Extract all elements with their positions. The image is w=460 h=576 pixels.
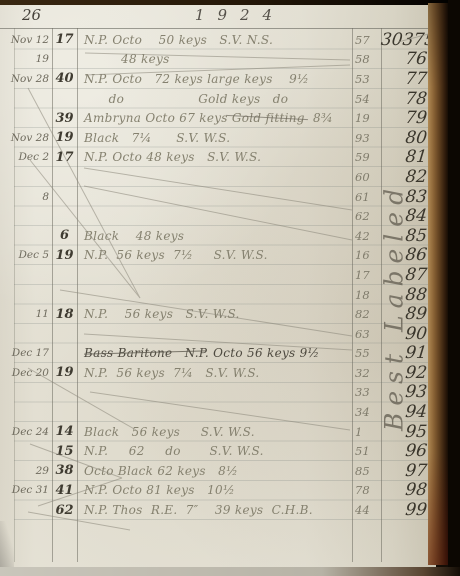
entry-stock-number: 34	[352, 405, 381, 419]
entry-stock-number: 51	[352, 444, 381, 458]
entry-description: N.P. Octo 72 keys large keys 9½	[77, 72, 352, 86]
entry-quantity: 19	[52, 130, 77, 145]
entry-date: 11	[0, 308, 52, 320]
entry-stock-number: 63	[352, 327, 381, 341]
entry-quantity: 14	[52, 424, 77, 439]
entry-date: Dec 2	[0, 151, 52, 163]
entry-stock-number: 78	[352, 483, 381, 497]
entry-description: 48 keys	[77, 52, 352, 66]
ledger-row: 39 Ambryna Octo 67 keys Gold fitting 8¾ …	[0, 108, 434, 128]
entry-description: N.P. 56 keys 7½ S.V. W.S.	[77, 248, 352, 262]
entry-stock-number: 44	[352, 503, 381, 517]
entry-serial-number: 83	[380, 187, 435, 207]
entry-date: Nov 28	[0, 132, 52, 144]
ledger-row: 6 Black 48 keys 42 85	[0, 226, 434, 246]
ledger-row: Dec 31 41 N.P. Octo 81 keys 10½ 78 98	[0, 481, 434, 501]
entry-quantity: 62	[52, 503, 77, 518]
ledger-row: 29 38 Octo Black 62 keys 8½ 85 97	[0, 461, 434, 481]
book-page-edges	[428, 3, 448, 565]
entry-serial-number: 97	[380, 461, 435, 481]
entry-quantity: 17	[52, 150, 77, 165]
entry-stock-number: 53	[352, 72, 381, 86]
entry-serial-number: 95	[380, 422, 435, 442]
entry-serial-number: 81	[380, 147, 435, 167]
entry-stock-number: 55	[352, 346, 381, 360]
ledger-row: do Gold keys do 54 78	[0, 89, 434, 109]
entry-quantity: 41	[52, 483, 77, 498]
entry-date: 19	[0, 53, 52, 65]
entry-date: Dec 5	[0, 249, 52, 261]
ledger-row: 60 82	[0, 167, 434, 187]
entry-date: Dec 20	[0, 367, 52, 379]
header-rule	[0, 28, 434, 29]
entry-description: N.P. Octo 81 keys 10½	[77, 483, 352, 497]
entry-stock-number: 54	[352, 92, 381, 106]
entry-date: Dec 17	[0, 347, 52, 359]
entry-stock-number: 16	[352, 248, 381, 262]
entry-serial-number: 87	[380, 265, 435, 285]
entry-quantity: 6	[52, 228, 77, 243]
entry-serial-number: 76	[380, 49, 435, 69]
entry-serial-number: 89	[380, 304, 435, 324]
entry-stock-number: 32	[352, 366, 381, 380]
entry-serial-number: 98	[380, 480, 435, 500]
entry-quantity: 18	[52, 307, 77, 322]
entry-stock-number: 59	[352, 150, 381, 164]
entry-quantity: 15	[52, 444, 77, 459]
ledger-row: 62 84	[0, 206, 434, 226]
ledger-row: 34 94	[0, 402, 434, 422]
entry-description: N.P. Thos R.E. 7″ 39 keys C.H.B.	[77, 503, 352, 517]
entry-serial-number: 82	[380, 167, 435, 187]
ledger-row: 63 90	[0, 324, 434, 344]
ledger-row: Dec 2 17 N.P. Octo 48 keys S.V. W.S. 59 …	[0, 148, 434, 168]
entry-quantity: 40	[52, 71, 77, 86]
year-heading: 1924	[150, 6, 330, 24]
ledger-row: Nov 28 40 N.P. Octo 72 keys large keys 9…	[0, 69, 434, 89]
entry-serial-number: 86	[380, 245, 435, 265]
book-top-edge	[0, 0, 460, 5]
entry-description: do Gold keys do	[77, 92, 352, 106]
entry-serial-number: 94	[380, 402, 435, 422]
entry-stock-number: 62	[352, 209, 381, 223]
scanned-ledger-page: 26 1924 Nov 12 17 N.P. Octo 50 keys S.V.…	[0, 0, 460, 576]
ledger-row: Dec 20 19 N.P. 56 keys 7¼ S.V. W.S. 32 9…	[0, 363, 434, 383]
entry-description: Black 48 keys	[77, 229, 352, 243]
page-number: 26	[22, 6, 41, 24]
ledger-row: Dec 24 14 Black 56 keys S.V. W.S. 1 95	[0, 422, 434, 442]
book-right-cover	[448, 0, 460, 576]
entry-stock-number: 42	[352, 229, 381, 243]
scan-bottom-edge	[0, 567, 460, 576]
ledger-row: Dec 17 Bass Baritone N.P. Octo 56 keys 9…	[0, 344, 434, 364]
entry-date: 8	[0, 191, 52, 203]
entry-description: Octo Black 62 keys 8½	[77, 464, 352, 478]
entry-description: N.P. Octo 50 keys S.V. N.S.	[77, 33, 352, 47]
entry-quantity: 19	[52, 248, 77, 263]
entry-serial-number: 84	[380, 206, 435, 226]
ledger-row: 17 87	[0, 265, 434, 285]
entry-quantity: 17	[52, 32, 77, 47]
entry-date: Dec 31	[0, 484, 52, 496]
entry-serial-number: 77	[380, 69, 435, 89]
entry-stock-number: 33	[352, 385, 381, 399]
entry-quantity: 38	[52, 463, 77, 478]
entry-date: Nov 12	[0, 34, 52, 46]
entry-date: Dec 24	[0, 426, 52, 438]
entry-serial-number: 90	[380, 324, 435, 344]
entry-stock-number: 17	[352, 268, 381, 282]
ledger-row: Nov 12 17 N.P. Octo 50 keys S.V. N.S. 57…	[0, 30, 434, 50]
entry-stock-number: 60	[352, 170, 381, 184]
ledger-row: 18 88	[0, 285, 434, 305]
ledger-rows: Nov 12 17 N.P. Octo 50 keys S.V. N.S. 57…	[0, 30, 434, 520]
entry-stock-number: 93	[352, 131, 381, 145]
ledger-row: 8 61 83	[0, 187, 434, 207]
ledger-row: Nov 28 19 Black 7¼ S.V. W.S. 93 80	[0, 128, 434, 148]
page-corner-shadow	[0, 521, 14, 567]
entry-description: N.P. 56 keys 7¼ S.V. W.S.	[77, 366, 352, 380]
entry-stock-number: 85	[352, 464, 381, 478]
entry-description: N.P. Octo 48 keys S.V. W.S.	[77, 150, 352, 164]
entry-stock-number: 19	[352, 111, 381, 125]
entry-serial-number: 96	[380, 441, 435, 461]
ledger-row: 33 93	[0, 383, 434, 403]
entry-description: Ambryna Octo 67 keys Gold fitting 8¾	[77, 111, 352, 125]
ledger-row: 15 N.P. 62 do S.V. W.S. 51 96	[0, 441, 434, 461]
entry-serial-number: 30375	[380, 30, 435, 50]
entry-quantity: 39	[52, 111, 77, 126]
ledger-row: 11 18 N.P. 56 keys S.V. W.S. 82 89	[0, 304, 434, 324]
entry-description: N.P. 56 keys S.V. W.S.	[77, 307, 352, 321]
entry-serial-number: 78	[380, 89, 435, 109]
entry-serial-number: 93	[380, 382, 435, 402]
entry-serial-number: 85	[380, 226, 435, 246]
entry-stock-number: 58	[352, 52, 381, 66]
entry-stock-number: 57	[352, 33, 381, 47]
entry-stock-number: 61	[352, 190, 381, 204]
entry-date: 29	[0, 465, 52, 477]
entry-date: Nov 28	[0, 73, 52, 85]
entry-serial-number: 92	[380, 363, 435, 383]
entry-stock-number: 1	[352, 425, 381, 439]
entry-serial-number: 99	[380, 500, 435, 520]
entry-description: Black 7¼ S.V. W.S.	[77, 131, 352, 145]
entry-serial-number: 79	[380, 108, 435, 128]
entry-serial-number: 88	[380, 285, 435, 305]
entry-stock-number: 82	[352, 307, 381, 321]
ledger-row: 62 N.P. Thos R.E. 7″ 39 keys C.H.B. 44 9…	[0, 500, 434, 520]
entry-serial-number: 80	[380, 128, 435, 148]
entry-stock-number: 18	[352, 288, 381, 302]
ledger-row: 19 48 keys 58 76	[0, 50, 434, 70]
entry-description: N.P. 62 do S.V. W.S.	[77, 444, 352, 458]
entry-serial-number: 91	[380, 343, 435, 363]
ledger-row: Dec 5 19 N.P. 56 keys 7½ S.V. W.S. 16 86	[0, 246, 434, 266]
entry-quantity: 19	[52, 365, 77, 380]
entry-description: Black 56 keys S.V. W.S.	[77, 425, 352, 439]
